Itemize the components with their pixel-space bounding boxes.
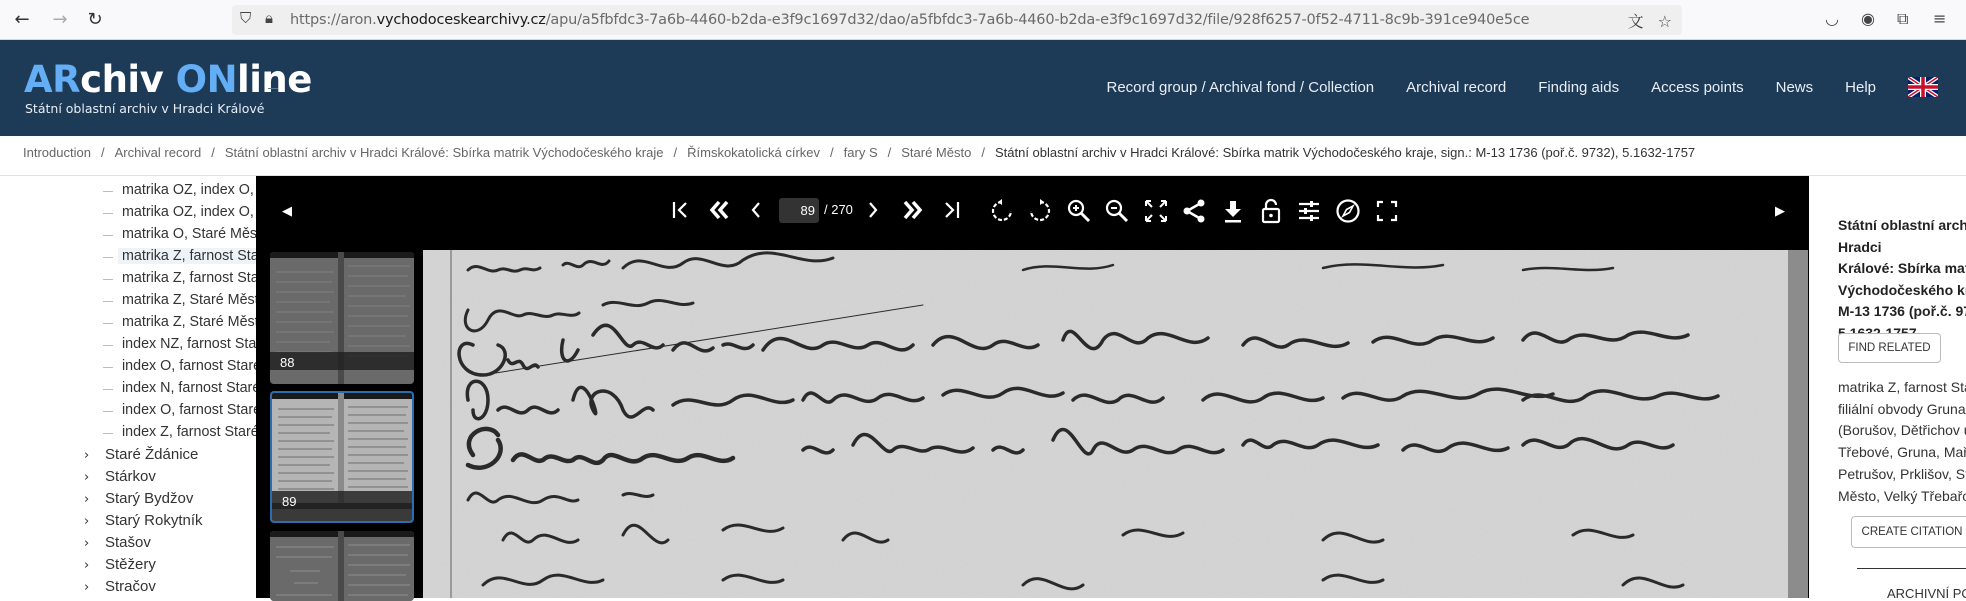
zoom-in-button[interactable]: [1066, 198, 1092, 224]
chevron-left-icon: [749, 198, 763, 222]
thumbnail[interactable]: 88: [270, 252, 414, 384]
nav-finding-aids[interactable]: Finding aids: [1538, 79, 1619, 96]
nav-access-points[interactable]: Access points: [1651, 79, 1744, 96]
record-title-line: Státní oblastní archiv v Hradci: [1838, 215, 1966, 258]
lock-button[interactable]: [1258, 198, 1284, 224]
zoom-out-icon: [1104, 198, 1130, 224]
nav-news[interactable]: News: [1776, 79, 1814, 96]
next-page-button[interactable]: [866, 198, 880, 224]
description-line: matrika Z, farnost Staré Město,: [1838, 377, 1966, 399]
site-subtitle: Státní oblastní archiv v Hradci Králové: [25, 101, 264, 116]
main-nav: Record group / Archival fond / Collectio…: [1106, 77, 1966, 97]
chevron-right-icon[interactable]: ›: [84, 558, 89, 573]
breadcrumb-separator: /: [981, 145, 985, 160]
record-detail-panel: Státní oblastní archiv v Hradci Králové:…: [1809, 176, 1966, 598]
sliders-icon: [1296, 198, 1322, 224]
record-title-line: Východočeského kraje, sign.:: [1838, 280, 1966, 302]
tree-dash-icon: [103, 323, 113, 324]
tree-leaf-label: index O, farnost Staré Město: [122, 402, 256, 418]
tree-dash-icon: [103, 257, 113, 258]
fullscreen-icon: [1374, 198, 1400, 224]
tree-dash-icon: [103, 191, 113, 192]
url-text[interactable]: https://aron.vychodoceskearchivy.cz/apu/…: [290, 12, 1529, 28]
handwritten-register-scan: [423, 250, 1808, 598]
divider: [1857, 568, 1966, 569]
nav-archival-record[interactable]: Archival record: [1406, 79, 1506, 96]
site-logo[interactable]: ARchiv ONline: [24, 58, 312, 101]
tree-node-label: Starý Bydžov: [105, 490, 193, 507]
nav-record-group[interactable]: Record group / Archival fond / Collectio…: [1106, 79, 1374, 96]
tree-node-label: Stašov: [105, 534, 151, 551]
archive-tree: matrika OZ, index O, farnost Staré Město…: [0, 176, 256, 598]
tree-leaf-label: index O, farnost Staré Město: [122, 358, 256, 374]
chevron-right-icon[interactable]: ›: [84, 492, 89, 507]
chevron-right-icon[interactable]: ›: [84, 580, 89, 595]
tree-dash-icon: [103, 301, 113, 302]
breadcrumb-fary-s[interactable]: fary S: [844, 145, 878, 160]
rotate-left-button[interactable]: [989, 198, 1015, 224]
tree-leaf-label: matrika OZ, index O, farnost Staré Město: [122, 182, 256, 198]
page-thumbnail-image: [270, 531, 414, 598]
thumbnail-active[interactable]: 89: [270, 391, 414, 523]
forward-button[interactable]: →: [48, 8, 72, 32]
tree-leaf[interactable]: matrika Z, Staré Město: [103, 291, 256, 312]
tree-leaf[interactable]: index NZ, farnost Staré Město: [103, 335, 256, 356]
thumbnail-strip: 88 89: [262, 250, 407, 598]
tree-leaf[interactable]: matrika OZ, index O, farnost Staré Město: [103, 181, 256, 202]
adjust-button[interactable]: [1296, 198, 1322, 224]
page-total: / 270: [824, 202, 853, 217]
tree-leaf-label: matrika Z, Staré Město: [122, 314, 256, 330]
last-page-icon: [941, 198, 961, 222]
tree-leaf[interactable]: index N, farnost Staré Město: [103, 379, 256, 400]
chevron-right-icon[interactable]: ›: [84, 448, 89, 463]
chevron-right-icon: [866, 198, 880, 222]
zoom-in-icon: [1066, 198, 1092, 224]
tree-leaf-label: matrika Z, farnost Staré Město: [118, 248, 256, 264]
breadcrumb-church[interactable]: Římskokatolická církev: [687, 145, 820, 160]
tree-leaf-label: matrika O, Staré Město: [122, 226, 256, 242]
address-bar[interactable]: ⛉ 🔒︎ https://aron.vychodoceskearchivy.cz…: [232, 5, 1682, 35]
previous-page-button[interactable]: [749, 198, 763, 224]
description-line: Petrušov, Prklišov, Staré: [1838, 464, 1966, 486]
rotate-left-icon: [989, 198, 1015, 224]
breadcrumb-archival-record[interactable]: Archival record: [115, 145, 202, 160]
breadcrumb-introduction[interactable]: Introduction: [23, 145, 91, 160]
breadcrumb-separator: /: [830, 145, 834, 160]
rotate-right-button[interactable]: [1027, 198, 1053, 224]
last-page-button[interactable]: [941, 198, 961, 224]
record-title-line: Králové: Sbírka matrik: [1838, 258, 1966, 280]
compass-button[interactable]: [1335, 198, 1361, 224]
uk-flag-icon[interactable]: [1908, 77, 1938, 97]
pocket-icon[interactable]: ◡: [1825, 9, 1839, 28]
find-related-button[interactable]: FIND RELATED: [1838, 333, 1941, 363]
tree-dash-icon: [103, 433, 113, 434]
description-line: Město, Velký Třebařov): [1838, 486, 1966, 508]
tree-dash-icon: [103, 213, 113, 214]
tree-leaf[interactable]: matrika Z, Staré Město: [103, 313, 256, 334]
tree-dash-icon: [103, 279, 113, 280]
double-chevron-right-icon: [901, 198, 925, 222]
tree-node-label: Stračov: [105, 578, 156, 595]
create-citation-button[interactable]: CREATE CITATION: [1851, 516, 1966, 548]
tree-leaf[interactable]: index Z, farnost Staré Město: [103, 423, 256, 444]
tree-node-label: Starý Rokytník: [105, 512, 203, 529]
document-page-image[interactable]: [423, 250, 1808, 598]
share-button[interactable]: [1181, 198, 1207, 224]
fullscreen-button[interactable]: [1374, 198, 1400, 224]
translate-icon[interactable]: 文: [1628, 12, 1644, 31]
fit-screen-button[interactable]: [1143, 198, 1169, 224]
tree-dash-icon: [103, 411, 113, 412]
tree-leaf[interactable]: matrika Z, farnost Staré Město: [103, 269, 256, 290]
tree-leaf[interactable]: matrika O, Staré Město: [103, 225, 256, 246]
lock-icon[interactable]: 🔒︎: [265, 9, 273, 27]
browser-toolbar: ← → ↻ ⛉ 🔒︎ https://aron.vychodoceskearch…: [0, 0, 1966, 40]
menu-icon[interactable]: ≡: [1933, 9, 1946, 28]
tree-leaf[interactable]: index O, farnost Staré Město: [103, 401, 256, 422]
download-icon: [1220, 198, 1246, 224]
first-page-icon: [671, 198, 691, 222]
expand-panel-icon[interactable]: ▶: [1775, 199, 1785, 225]
tree-node-label: Stěžery: [105, 556, 156, 573]
lock-open-icon: [1258, 198, 1284, 224]
fit-screen-icon: [1143, 198, 1169, 224]
bookmark-star-icon[interactable]: ☆: [1658, 12, 1672, 31]
tree-node-label: Staré Ždánice: [105, 446, 198, 463]
breadcrumb-stare-mesto[interactable]: Staré Město: [901, 145, 971, 160]
share-icon: [1181, 198, 1207, 224]
tree-dash-icon: [103, 345, 113, 346]
description-line: filiální obvody Gruna, Moravská: [1838, 399, 1966, 421]
description-line: Třebové, Gruna, Mařín,: [1838, 442, 1966, 464]
back-button[interactable]: ←: [10, 8, 34, 32]
tree-leaf-label: matrika Z, Staré Město: [122, 292, 256, 308]
archival-description-tab[interactable]: ARCHIVNÍ POPIS: [1887, 586, 1966, 598]
shield-icon[interactable]: ⛉: [240, 9, 251, 27]
chevron-right-icon[interactable]: ›: [84, 470, 89, 485]
account-icon[interactable]: ◉: [1861, 9, 1875, 28]
first-page-button[interactable]: [671, 198, 691, 224]
tree-dash-icon: [103, 389, 113, 390]
compass-icon: [1335, 198, 1361, 224]
breadcrumb-fond[interactable]: Státní oblastní archiv v Hradci Králové:…: [225, 145, 664, 160]
tree-dash-icon: [103, 367, 113, 368]
page-number-input[interactable]: 89: [779, 198, 819, 223]
nav-help[interactable]: Help: [1845, 79, 1876, 96]
tree-leaf[interactable]: index O, farnost Staré Město: [103, 357, 256, 378]
thumbnail-page-number: 88: [280, 355, 294, 370]
chevron-right-icon[interactable]: ›: [84, 514, 89, 529]
chevron-right-icon[interactable]: ›: [84, 536, 89, 551]
tree-leaf-label: index Z, farnost Staré Město: [122, 424, 256, 440]
breadcrumb: Introduction / Archival record / Státní …: [23, 145, 1695, 160]
tree-leaf-label: index N, farnost Staré Město: [122, 380, 256, 396]
tree-leaf-label: matrika OZ, index O, farnost Staré Město: [122, 204, 256, 220]
tree-leaf-label: index NZ, farnost Staré Město: [122, 336, 256, 352]
record-title: Státní oblastní archiv v Hradci Králové:…: [1838, 215, 1966, 344]
viewer-toolbar: ◀ 89 / 270: [256, 176, 1809, 248]
tree-leaf[interactable]: matrika OZ, index O, farnost Staré Město: [103, 203, 256, 224]
tree-leaf-label: matrika Z, farnost Staré Město: [122, 270, 256, 286]
record-title-line: M-13 1736 (poř.č. 9732),: [1838, 301, 1966, 323]
reload-button[interactable]: ↻: [83, 8, 107, 32]
breadcrumb-separator: /: [673, 145, 677, 160]
thumbnail-page-number: 89: [282, 494, 296, 509]
collapse-thumbnails-icon[interactable]: ◀: [282, 199, 292, 225]
extensions-icon[interactable]: ⧉: [1897, 9, 1908, 29]
url-actions: 文☆: [1628, 9, 1672, 32]
thumbnail[interactable]: [270, 531, 414, 598]
double-chevron-left-icon: [707, 198, 731, 222]
document-viewer: ◀ 89 / 270: [256, 176, 1809, 598]
record-description: matrika Z, farnost Staré Město, filiální…: [1838, 377, 1966, 507]
description-line: (Borušov, Dětřichov u Moravské: [1838, 420, 1966, 442]
breadcrumb-separator: /: [101, 145, 105, 160]
logo-decoration: [268, 88, 278, 89]
breadcrumb-current: Státní oblastní archiv v Hradci Králové:…: [995, 145, 1695, 160]
site-header: ARchiv ONline Státní oblastní archiv v H…: [0, 40, 1966, 136]
zoom-out-button[interactable]: [1104, 198, 1130, 224]
tree-dash-icon: [103, 235, 113, 236]
tree-leaf-selected[interactable]: matrika Z, farnost Staré Město: [103, 247, 256, 268]
breadcrumb-separator: /: [888, 145, 892, 160]
rotate-right-icon: [1027, 198, 1053, 224]
next-10-button[interactable]: [901, 198, 925, 224]
download-button[interactable]: [1220, 198, 1246, 224]
breadcrumb-separator: /: [211, 145, 215, 160]
tree-node-label: Stárkov: [105, 468, 156, 485]
previous-10-button[interactable]: [707, 198, 731, 224]
